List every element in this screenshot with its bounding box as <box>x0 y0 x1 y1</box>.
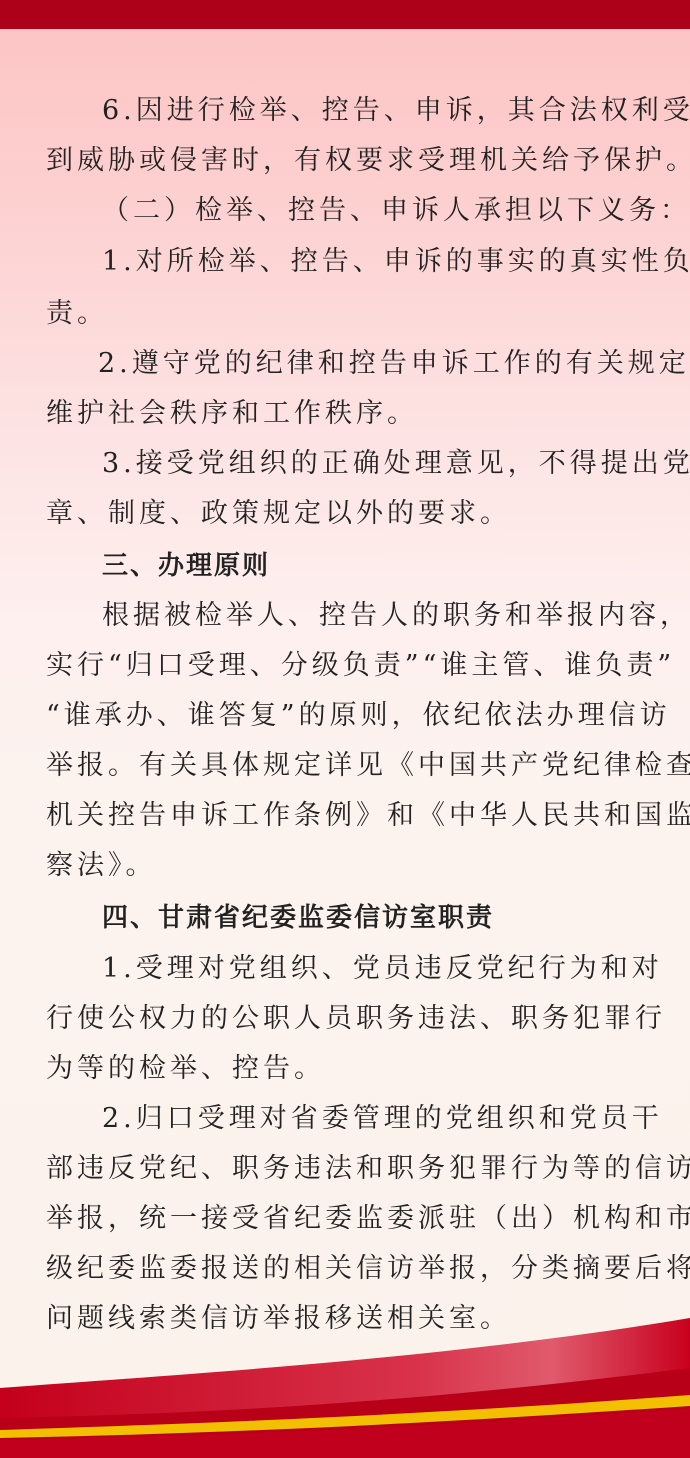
top-red-banner <box>0 0 690 29</box>
text-line: 察法》。 <box>46 850 157 882</box>
text-line: 1.对所检举、控告、申诉的事实的真实性负 <box>102 246 690 278</box>
section-heading: 四、甘肃省纪委监委信访室职责 <box>102 902 494 934</box>
text-line: 行使公权力的公职人员职务违法、职务犯罪行 <box>46 1003 666 1035</box>
text-line: 级纪委监委报送的相关信访举报，分类摘要后将 <box>46 1253 690 1285</box>
text-line: 到威胁或侵害时，有权要求受理机关给予保护。 <box>46 145 690 177</box>
text-line: 为等的检举、控告。 <box>46 1053 325 1085</box>
text-line: 2.遵守党的纪律和控告申诉工作的有关规定， <box>98 348 690 380</box>
text-line: “谁承办、谁答复”的原则，依纪依法办理信访 <box>46 700 671 732</box>
text-line: 举报，统一接受省纪委监委派驻（出）机构和市 <box>46 1203 690 1235</box>
text-line: 3.接受党组织的正确处理意见，不得提出党 <box>102 448 690 480</box>
red-ribbon-decoration <box>0 1318 690 1458</box>
text-line: 根据被检举人、控告人的职务和举报内容， <box>102 600 690 632</box>
text-line: 章、制度、政策规定以外的要求。 <box>46 498 511 530</box>
text-line: （二）检举、控告、申诉人承担以下义务： <box>102 195 690 227</box>
text-line: 机关控告申诉工作条例》和《中华人民共和国监 <box>46 800 690 832</box>
section-heading: 三、办理原则 <box>102 550 270 582</box>
text-line: 1.受理对党组织、党员违反党纪行为和对 <box>102 953 663 985</box>
text-line: 责。 <box>46 298 108 330</box>
text-line: 6.因进行检举、控告、申诉，其合法权利受 <box>102 95 690 127</box>
text-line: 举报。有关具体规定详见《中国共产党纪律检查 <box>46 750 690 782</box>
text-line: 部违反党纪、职务违法和职务犯罪行为等的信访 <box>46 1153 690 1185</box>
text-line: 维护社会秩序和工作秩序。 <box>46 398 418 430</box>
text-line: 2.归口受理对省委管理的党组织和党员干 <box>102 1103 663 1135</box>
text-line: 实行“归口受理、分级负责”“谁主管、谁负责” <box>46 650 675 682</box>
